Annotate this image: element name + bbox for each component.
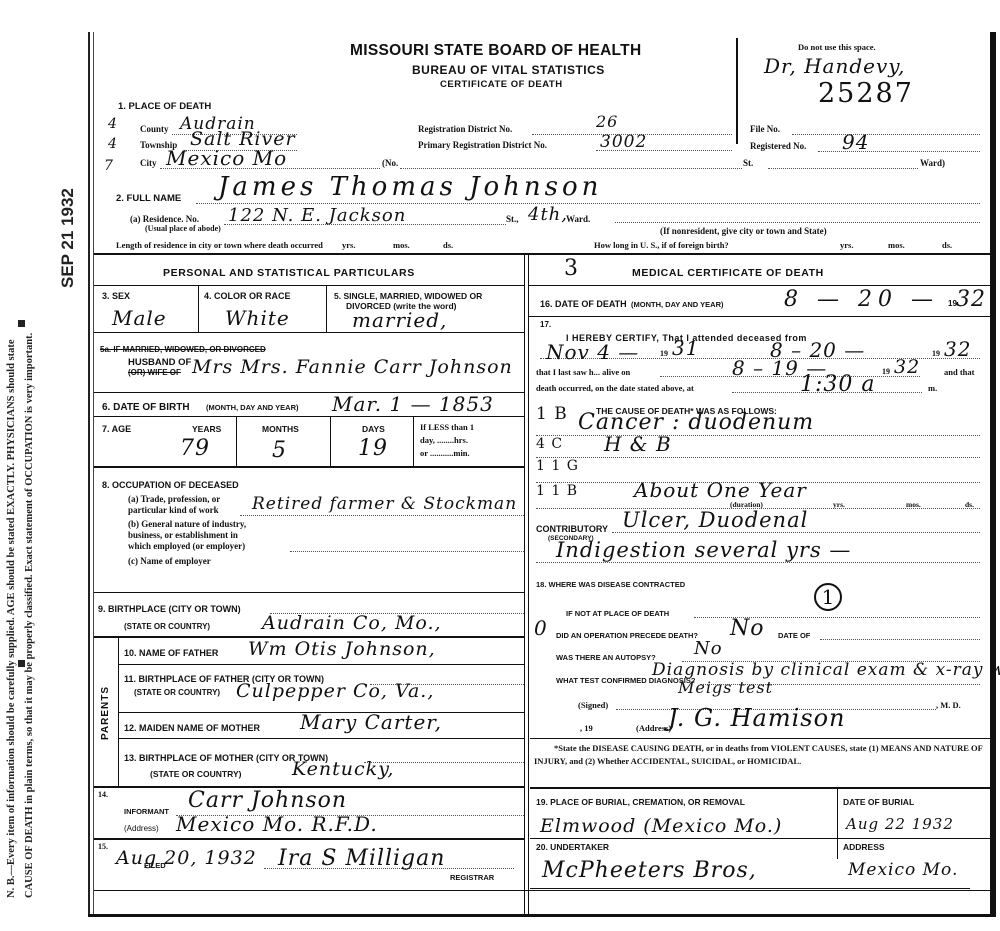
length-of-residence-label: Length of residence in city or town wher… bbox=[116, 240, 323, 250]
less-than-day-label: If LESS than 1 bbox=[420, 422, 474, 432]
operation-date-label: DATE OF bbox=[778, 631, 810, 640]
margin-mark: 4 bbox=[108, 136, 118, 152]
street-number-label: (No. bbox=[382, 158, 398, 168]
attended-from-year-field[interactable]: 31 bbox=[672, 336, 699, 360]
race-field[interactable]: White bbox=[225, 306, 290, 330]
informant-address-label: (Address) bbox=[124, 824, 159, 833]
burial-date-label: DATE OF BURIAL bbox=[843, 797, 914, 807]
ward-underline bbox=[768, 168, 918, 169]
cause-margin-note: 1 1 B bbox=[536, 483, 578, 499]
father-name-field[interactable]: Wm Otis Johnson, bbox=[248, 638, 436, 660]
md-label: , M. D. bbox=[936, 700, 961, 710]
registered-no-field[interactable]: 94 bbox=[842, 130, 869, 154]
race-label: 4. COLOR OR RACE bbox=[204, 291, 291, 301]
margin-instruction-line1: N. B.—Every item of information should b… bbox=[6, 339, 17, 898]
employer-label: (c) Name of employer bbox=[128, 556, 211, 566]
item-17-label: 17. bbox=[540, 320, 551, 329]
occupation-label: 8. OCCUPATION OF DECEASED bbox=[102, 480, 239, 490]
residence-sub-label: (Usual place of abode) bbox=[145, 224, 221, 233]
frame-right-border bbox=[990, 32, 996, 917]
frame-bottom-border bbox=[88, 914, 996, 917]
death-time-field[interactable]: 1:30 a bbox=[800, 372, 876, 397]
full-name-underline bbox=[196, 203, 980, 204]
filed-date-field[interactable]: Aug 20, 1932 bbox=[116, 847, 257, 869]
margin-mark: 7 bbox=[104, 158, 114, 174]
burial-place-label: 19. PLACE OF BURIAL, CREMATION, OR REMOV… bbox=[536, 797, 745, 807]
last-saw-19: 19 bbox=[882, 367, 890, 376]
residence-label: (a) Residence. No. bbox=[130, 214, 199, 224]
filed-number: 15. bbox=[98, 842, 108, 851]
birthplace-field[interactable]: Audrain Co, Mo., bbox=[262, 612, 442, 634]
informant-number: 14. bbox=[98, 790, 108, 799]
father-name-label: 10. NAME OF FATHER bbox=[124, 648, 218, 658]
operation-margin-mark: 0 bbox=[534, 616, 548, 640]
page-mark: 3 bbox=[564, 256, 579, 281]
parents-label: PARENTS bbox=[100, 686, 111, 740]
cause-margin-note: 1 B bbox=[536, 404, 568, 424]
registration-district-field[interactable]: 26 bbox=[596, 112, 618, 131]
cause-mid-note: H & B bbox=[604, 432, 672, 456]
length-mos-label: mos. bbox=[393, 240, 410, 250]
occupation-b-label1: (b) General nature of industry, bbox=[128, 519, 246, 529]
and-that-label: and that bbox=[944, 367, 974, 377]
signed-label: (Signed) bbox=[578, 700, 608, 710]
row-line bbox=[94, 285, 524, 286]
length-yrs-label: yrs. bbox=[342, 240, 355, 250]
ward-label: Ward) bbox=[920, 158, 945, 168]
cause-margin-note: 4 C bbox=[536, 436, 563, 452]
row-line bbox=[528, 285, 990, 286]
age-months-label: MONTHS bbox=[262, 424, 299, 434]
row-line bbox=[94, 416, 524, 417]
foreign-yrs-label: yrs. bbox=[840, 240, 853, 250]
spouse-husband-label: HUSBAND OF bbox=[128, 357, 191, 368]
file-no-underline bbox=[792, 134, 980, 135]
informant-address-field[interactable]: Mexico Mo. R.F.D. bbox=[176, 812, 378, 836]
column-divider bbox=[524, 255, 525, 914]
test-field[interactable]: Diagnosis by clinical exam & x-ray with bbox=[652, 660, 1000, 680]
informant-label: INFORMANT bbox=[124, 807, 169, 816]
marital-status-field[interactable]: married, bbox=[352, 308, 447, 332]
undertaker-field[interactable]: McPheeters Bros, bbox=[542, 858, 757, 883]
sex-field[interactable]: Male bbox=[112, 306, 167, 330]
age-years-label: YEARS bbox=[192, 424, 221, 434]
mother-birthplace-sub-label: (STATE OR COUNTRY) bbox=[150, 769, 241, 779]
operation-date-underline bbox=[820, 639, 980, 640]
age-days-field[interactable]: 19 bbox=[358, 436, 388, 461]
occupation-b-label2: business, or establishment in bbox=[128, 530, 238, 540]
date-of-birth-field[interactable]: Mar. 1 — 1853 bbox=[332, 392, 494, 416]
cell-divider bbox=[330, 416, 331, 466]
row-line bbox=[94, 592, 524, 593]
form-title: MISSOURI STATE BOARD OF HEALTH bbox=[350, 42, 641, 60]
operation-field[interactable]: No bbox=[730, 616, 765, 641]
primary-registration-field[interactable]: 3002 bbox=[600, 132, 647, 152]
cause-duration-field[interactable]: About One Year bbox=[634, 478, 807, 502]
date-of-death-year-field[interactable]: 32 bbox=[956, 287, 986, 312]
row-line bbox=[530, 787, 990, 789]
cause-margin-note: 1 1 G bbox=[536, 458, 579, 474]
duration-ds-label: ds. bbox=[965, 500, 974, 509]
residence-ward-label: Ward. bbox=[566, 214, 590, 224]
contributory-underline bbox=[612, 532, 980, 533]
birthplace-label: 9. BIRTHPLACE (CITY OR TOWN) bbox=[98, 604, 241, 614]
contributory-label: CONTRIBUTORY bbox=[536, 524, 608, 534]
medical-section-header: MEDICAL CERTIFICATE OF DEATH bbox=[632, 267, 824, 279]
row-line bbox=[118, 738, 524, 739]
cell-divider bbox=[837, 789, 838, 859]
undertaker-address-label: ADDRESS bbox=[843, 842, 885, 852]
cell-divider bbox=[198, 285, 199, 332]
occupation-a-label: (a) Trade, profession, or bbox=[128, 494, 220, 504]
foreign-ds-label: ds. bbox=[942, 240, 952, 250]
cell-divider bbox=[236, 416, 237, 466]
registration-district-label: Registration District No. bbox=[418, 124, 512, 134]
office-use-note: Do not use this space. bbox=[798, 42, 876, 52]
spouse-wife-label: (OR) WIFE OF bbox=[128, 368, 181, 377]
date-of-death-label: 16. DATE OF DEATH bbox=[540, 299, 627, 309]
mother-maiden-name-field[interactable]: Mary Carter, bbox=[300, 710, 442, 734]
nonresident-underline bbox=[615, 222, 980, 223]
date-of-birth-sub-label: (MONTH, DAY AND YEAR) bbox=[206, 403, 299, 412]
certificate-serial-number: 25287 bbox=[818, 78, 914, 109]
father-birthplace-field[interactable]: Culpepper Co, Va., bbox=[236, 680, 434, 702]
signature-date-label: , 19 bbox=[580, 723, 593, 733]
sex-label: 3. SEX bbox=[102, 291, 130, 301]
row-line bbox=[94, 466, 524, 468]
father-birthplace-sub-label: (STATE OR COUNTRY) bbox=[134, 688, 220, 697]
autopsy-label: WAS THERE AN AUTOPSY? bbox=[556, 653, 656, 662]
cell-divider bbox=[326, 285, 327, 332]
office-annotation: Dr, Handevy, bbox=[764, 54, 905, 78]
attended-from-field[interactable]: Nov 4 — bbox=[546, 340, 639, 364]
operation-label: DID AN OPERATION PRECEDE DEATH? bbox=[556, 631, 698, 640]
physician-signature: J. G. Hamison bbox=[668, 704, 845, 732]
death-time-label: death occurred, on the date stated above… bbox=[536, 383, 694, 393]
occupation-underline bbox=[240, 515, 524, 516]
not-at-place-label: IF NOT AT PLACE OF DEATH bbox=[566, 609, 669, 618]
occupation-field[interactable]: Retired farmer & Stockman bbox=[252, 494, 517, 514]
death-time-suffix: m. bbox=[928, 383, 937, 393]
street-label: St. bbox=[743, 158, 753, 168]
date-of-death-field[interactable]: 8 — 20 — bbox=[784, 287, 939, 312]
row-line bbox=[94, 332, 524, 333]
cause-line-2 bbox=[536, 457, 980, 458]
contributory-line-2 bbox=[536, 562, 980, 563]
signature-address-label: (Address) bbox=[636, 723, 671, 733]
row-line bbox=[94, 890, 990, 891]
personal-section-header: PERSONAL AND STATISTICAL PARTICULARS bbox=[163, 267, 415, 279]
foreign-birth-label: How long in U. S., if of foreign birth? bbox=[594, 240, 729, 250]
attended-to-year-field[interactable]: 32 bbox=[944, 337, 971, 361]
informant-field[interactable]: Carr Johnson bbox=[188, 788, 347, 813]
margin-mark: 4 bbox=[108, 116, 118, 132]
less-than-day-hrs: day, ........hrs. bbox=[420, 435, 468, 445]
spouse-struck-label: 5a. IF MARRIED, WIDOWED, OR DIVORCED bbox=[100, 345, 266, 354]
row-line bbox=[118, 664, 524, 665]
undertaker-address-field[interactable]: Mexico Mo. bbox=[848, 860, 958, 880]
row-line bbox=[530, 738, 990, 739]
age-years-field[interactable]: 79 bbox=[180, 436, 210, 461]
form-name: CERTIFICATE OF DEATH bbox=[440, 79, 563, 90]
form-subtitle: BUREAU OF VITAL STATISTICS bbox=[412, 63, 605, 77]
burial-place-field[interactable]: Elmwood (Mexico Mo.) bbox=[540, 815, 782, 837]
contributory-secondary-field[interactable]: Indigestion several yrs — bbox=[556, 538, 851, 562]
birthplace-sub-label: (STATE OR COUNTRY) bbox=[124, 622, 210, 631]
registrar-label: REGISTRAR bbox=[450, 873, 494, 882]
autopsy-field[interactable]: No bbox=[694, 638, 723, 659]
cause-line-1 bbox=[536, 435, 980, 436]
mother-birthplace-field[interactable]: Kentucky, bbox=[292, 758, 394, 780]
primary-registration-label: Primary Registration District No. bbox=[418, 140, 547, 150]
file-no-label: File No. bbox=[750, 124, 780, 134]
frame-left-inner-border bbox=[93, 32, 94, 917]
residence-field[interactable]: 122 N. E. Jackson bbox=[228, 205, 406, 226]
last-saw-label: that I last saw h... alive on bbox=[536, 367, 630, 377]
row-line bbox=[94, 838, 524, 840]
attended-from-19: 19 bbox=[660, 349, 668, 358]
registrar-signature: Ira S Milligan bbox=[278, 846, 445, 871]
full-name-field[interactable]: James Thomas Johnson bbox=[218, 172, 602, 202]
test-field-line2[interactable]: Meigs test bbox=[678, 678, 773, 697]
marital-status-label: 5. SINGLE, MARRIED, WIDOWED OR bbox=[334, 291, 482, 301]
foreign-mos-label: mos. bbox=[888, 240, 905, 250]
last-saw-year-field[interactable]: 32 bbox=[894, 356, 920, 378]
row-line bbox=[530, 838, 990, 839]
occupation-b-label3: which employed (or employer) bbox=[128, 541, 245, 551]
date-of-death-sub-label: (MONTH, DAY AND YEAR) bbox=[631, 300, 724, 309]
age-label: 7. AGE bbox=[102, 424, 131, 434]
industry-underline bbox=[290, 551, 524, 552]
county-label: County bbox=[140, 124, 169, 134]
margin-mark-top bbox=[18, 320, 25, 327]
section-divider bbox=[94, 253, 990, 255]
place-of-death-label: 1. PLACE OF DEATH bbox=[118, 101, 211, 112]
burial-date-field[interactable]: Aug 22 1932 bbox=[846, 815, 954, 833]
cause-footnote: *State the DISEASE CAUSING DEATH, or in … bbox=[534, 742, 986, 768]
frame-left-border bbox=[88, 32, 90, 917]
nonresident-note: (If nonresident, give city or town and S… bbox=[660, 226, 827, 236]
received-date-stamp: SEP 21 1932 bbox=[58, 188, 78, 288]
age-days-label: DAYS bbox=[362, 424, 385, 434]
attended-to-19: 19 bbox=[932, 349, 940, 358]
margin-mark-bottom bbox=[18, 660, 25, 667]
duration-yrs-label: yrs. bbox=[833, 500, 845, 509]
date-of-birth-label: 6. DATE OF BIRTH bbox=[102, 402, 190, 413]
spouse-name-field[interactable]: Mrs Mrs. Fannie Carr Johnson bbox=[192, 356, 513, 378]
residence-street-label: St., bbox=[506, 214, 519, 224]
residence-ward-field[interactable]: 4th, bbox=[528, 204, 568, 225]
where-contracted-mark: 1 bbox=[814, 583, 842, 611]
column-divider bbox=[528, 255, 529, 914]
margin-instruction-line2: CAUSE OF DEATH in plain terms, so that i… bbox=[24, 333, 35, 898]
age-months-field[interactable]: 5 bbox=[272, 438, 287, 463]
undertaker-label: 20. UNDERTAKER bbox=[536, 842, 609, 852]
contributory-field[interactable]: Ulcer, Duodenal bbox=[622, 508, 808, 532]
mother-maiden-name-label: 12. MAIDEN NAME OF MOTHER bbox=[124, 723, 260, 733]
cell-divider bbox=[413, 416, 414, 466]
where-contracted-label: 18. WHERE WAS DISEASE CONTRACTED bbox=[536, 580, 685, 589]
row-line bbox=[528, 316, 990, 317]
city-label: City bbox=[140, 158, 157, 168]
occupation-a-sub-label: particular kind of work bbox=[128, 505, 219, 515]
row-line bbox=[530, 888, 970, 889]
registered-no-label: Registered No. bbox=[750, 141, 806, 151]
duration-mos-label: mos. bbox=[906, 500, 921, 509]
length-ds-label: ds. bbox=[443, 240, 453, 250]
office-box-divider bbox=[736, 38, 738, 144]
street-underline bbox=[400, 168, 742, 169]
less-than-day-min: or ...........min. bbox=[420, 448, 470, 458]
full-name-label: 2. FULL NAME bbox=[116, 193, 181, 204]
city-field[interactable]: Mexico Mo bbox=[166, 146, 287, 170]
